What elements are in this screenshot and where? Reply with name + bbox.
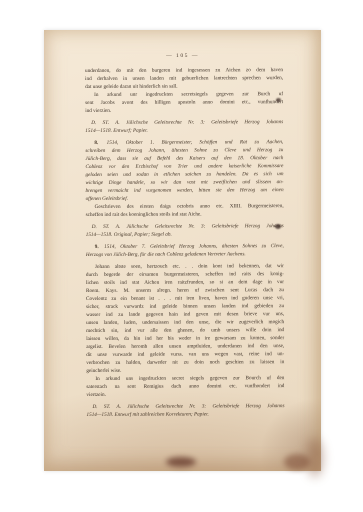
ink-blot — [276, 98, 281, 102]
text-line: brengen vermaicht ind vurgenomen werden,… — [86, 186, 284, 195]
text-line: Herzogs von Jülich-Berg, für die nach Co… — [86, 250, 284, 259]
text-line: D. ST. A. Jülichsche Geleitsrechte Nr. 3… — [85, 118, 283, 127]
text-line: ind derhalven in unsen landen mit gebuer… — [85, 74, 283, 83]
text-line: scheffen ind rait des koeninglichen stoi… — [86, 210, 284, 219]
scan-smudge — [166, 457, 196, 467]
text-line: ind vierzien. — [85, 106, 283, 115]
text-block: underdanen, do mit den burgeren ind inge… — [85, 66, 285, 419]
text-line: verbrochen zu halden, darweder nit zu do… — [86, 358, 284, 367]
text-line: viertzein. — [86, 390, 284, 399]
text-line: D. ST. A. Jülichsche Geleitsrechte Nr. 3… — [86, 222, 284, 231]
text-line: 1514—1518. Entwurf; Papier. — [85, 126, 283, 135]
scan-shadow — [306, 438, 324, 478]
entry-number: 8. — [94, 140, 98, 146]
text-line: 1514—1518. Entwurf mit zahlreichen Korre… — [87, 410, 285, 419]
text-line: 1514—1518. Original, Papier; Siegel ab. — [86, 230, 284, 239]
page-number: — 105 — — [44, 52, 321, 60]
scanned-document-canvas: — 105 — underdanen, do mit den burgeren … — [0, 0, 363, 512]
ink-blot — [275, 224, 281, 229]
entry-number: 9. — [95, 244, 99, 250]
text-line: saterstach na sent Remigius dach anno do… — [86, 382, 284, 391]
text-line: sent Jacobs avont des hilligen apostoln … — [85, 98, 283, 107]
book-page: — 105 — underdanen, do mit den burgeren … — [44, 30, 321, 471]
